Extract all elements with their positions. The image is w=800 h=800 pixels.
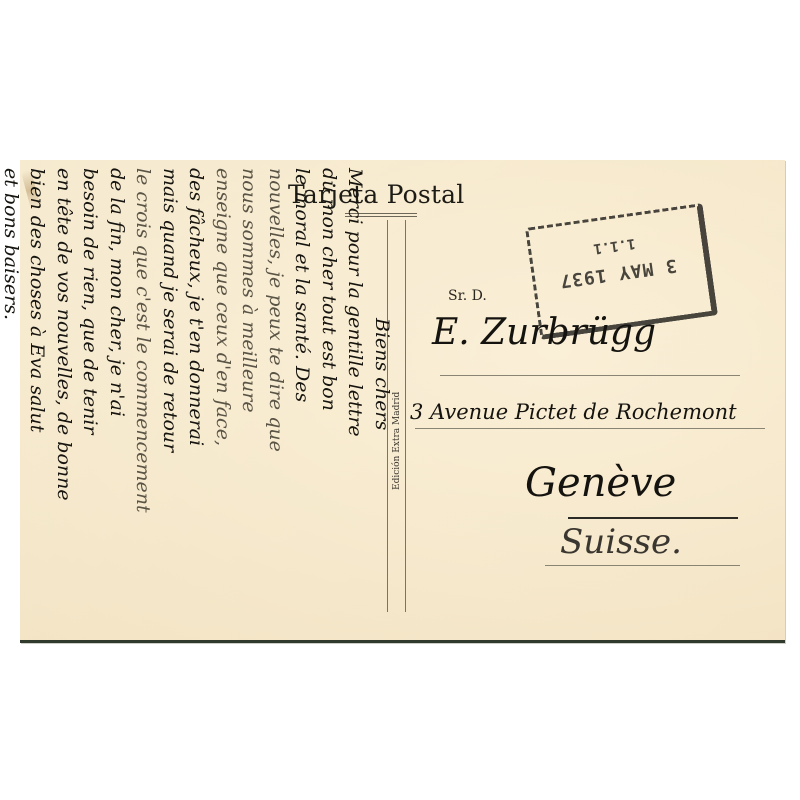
recipient-name: E. Zurbrügg bbox=[432, 312, 656, 353]
message-line: et bons baisers. bbox=[0, 168, 24, 638]
address-line-4 bbox=[545, 565, 740, 566]
message-line: le moral et la santé. Des bbox=[289, 168, 316, 638]
message-line: des fâcheux, je t'en donnerai bbox=[183, 168, 210, 638]
message-line: du mon cher tout est bon bbox=[316, 168, 343, 638]
postmark-code: 1.1.1 bbox=[592, 235, 636, 257]
postmark-date: 3 MAY 1937 bbox=[558, 254, 678, 291]
divider-line-right bbox=[405, 220, 406, 612]
recipient-street: 3 Avenue Pictet de Rochemont bbox=[410, 400, 737, 424]
message-line: de la fin, mon cher, je n'ai bbox=[104, 168, 131, 638]
message-greeting: Biens chers bbox=[369, 168, 396, 638]
message-line: Merci pour la gentille lettre bbox=[342, 168, 369, 638]
handwritten-message: Biens chers Merci pour la gentille lettr… bbox=[25, 168, 395, 638]
message-line: enseigne que ceux d'en face, bbox=[210, 168, 237, 638]
message-line: nous sommes à meilleure bbox=[236, 168, 263, 638]
message-line: le crois que c'est le commencement bbox=[130, 168, 157, 638]
postcard: Tarjeta Postal Edición Extra Madrid Bien… bbox=[20, 160, 785, 643]
message-line: besoin de rien, que de tenir bbox=[77, 168, 104, 638]
message-line: en tête de vos nouvelles, de bonne bbox=[51, 168, 78, 638]
address-line-1 bbox=[440, 375, 740, 376]
recipient-city: Genève bbox=[525, 460, 676, 506]
recipient-country: Suisse. bbox=[560, 522, 682, 562]
message-line: mais quand je serai de retour bbox=[157, 168, 184, 638]
message-line: bien des choses à Eva salut bbox=[24, 168, 51, 638]
address-line-2 bbox=[415, 428, 765, 429]
address-line-3 bbox=[568, 517, 738, 519]
message-line: nouvelles, je peux te dire que bbox=[263, 168, 290, 638]
recipient-salutation-label: Sr. D. bbox=[448, 288, 487, 304]
